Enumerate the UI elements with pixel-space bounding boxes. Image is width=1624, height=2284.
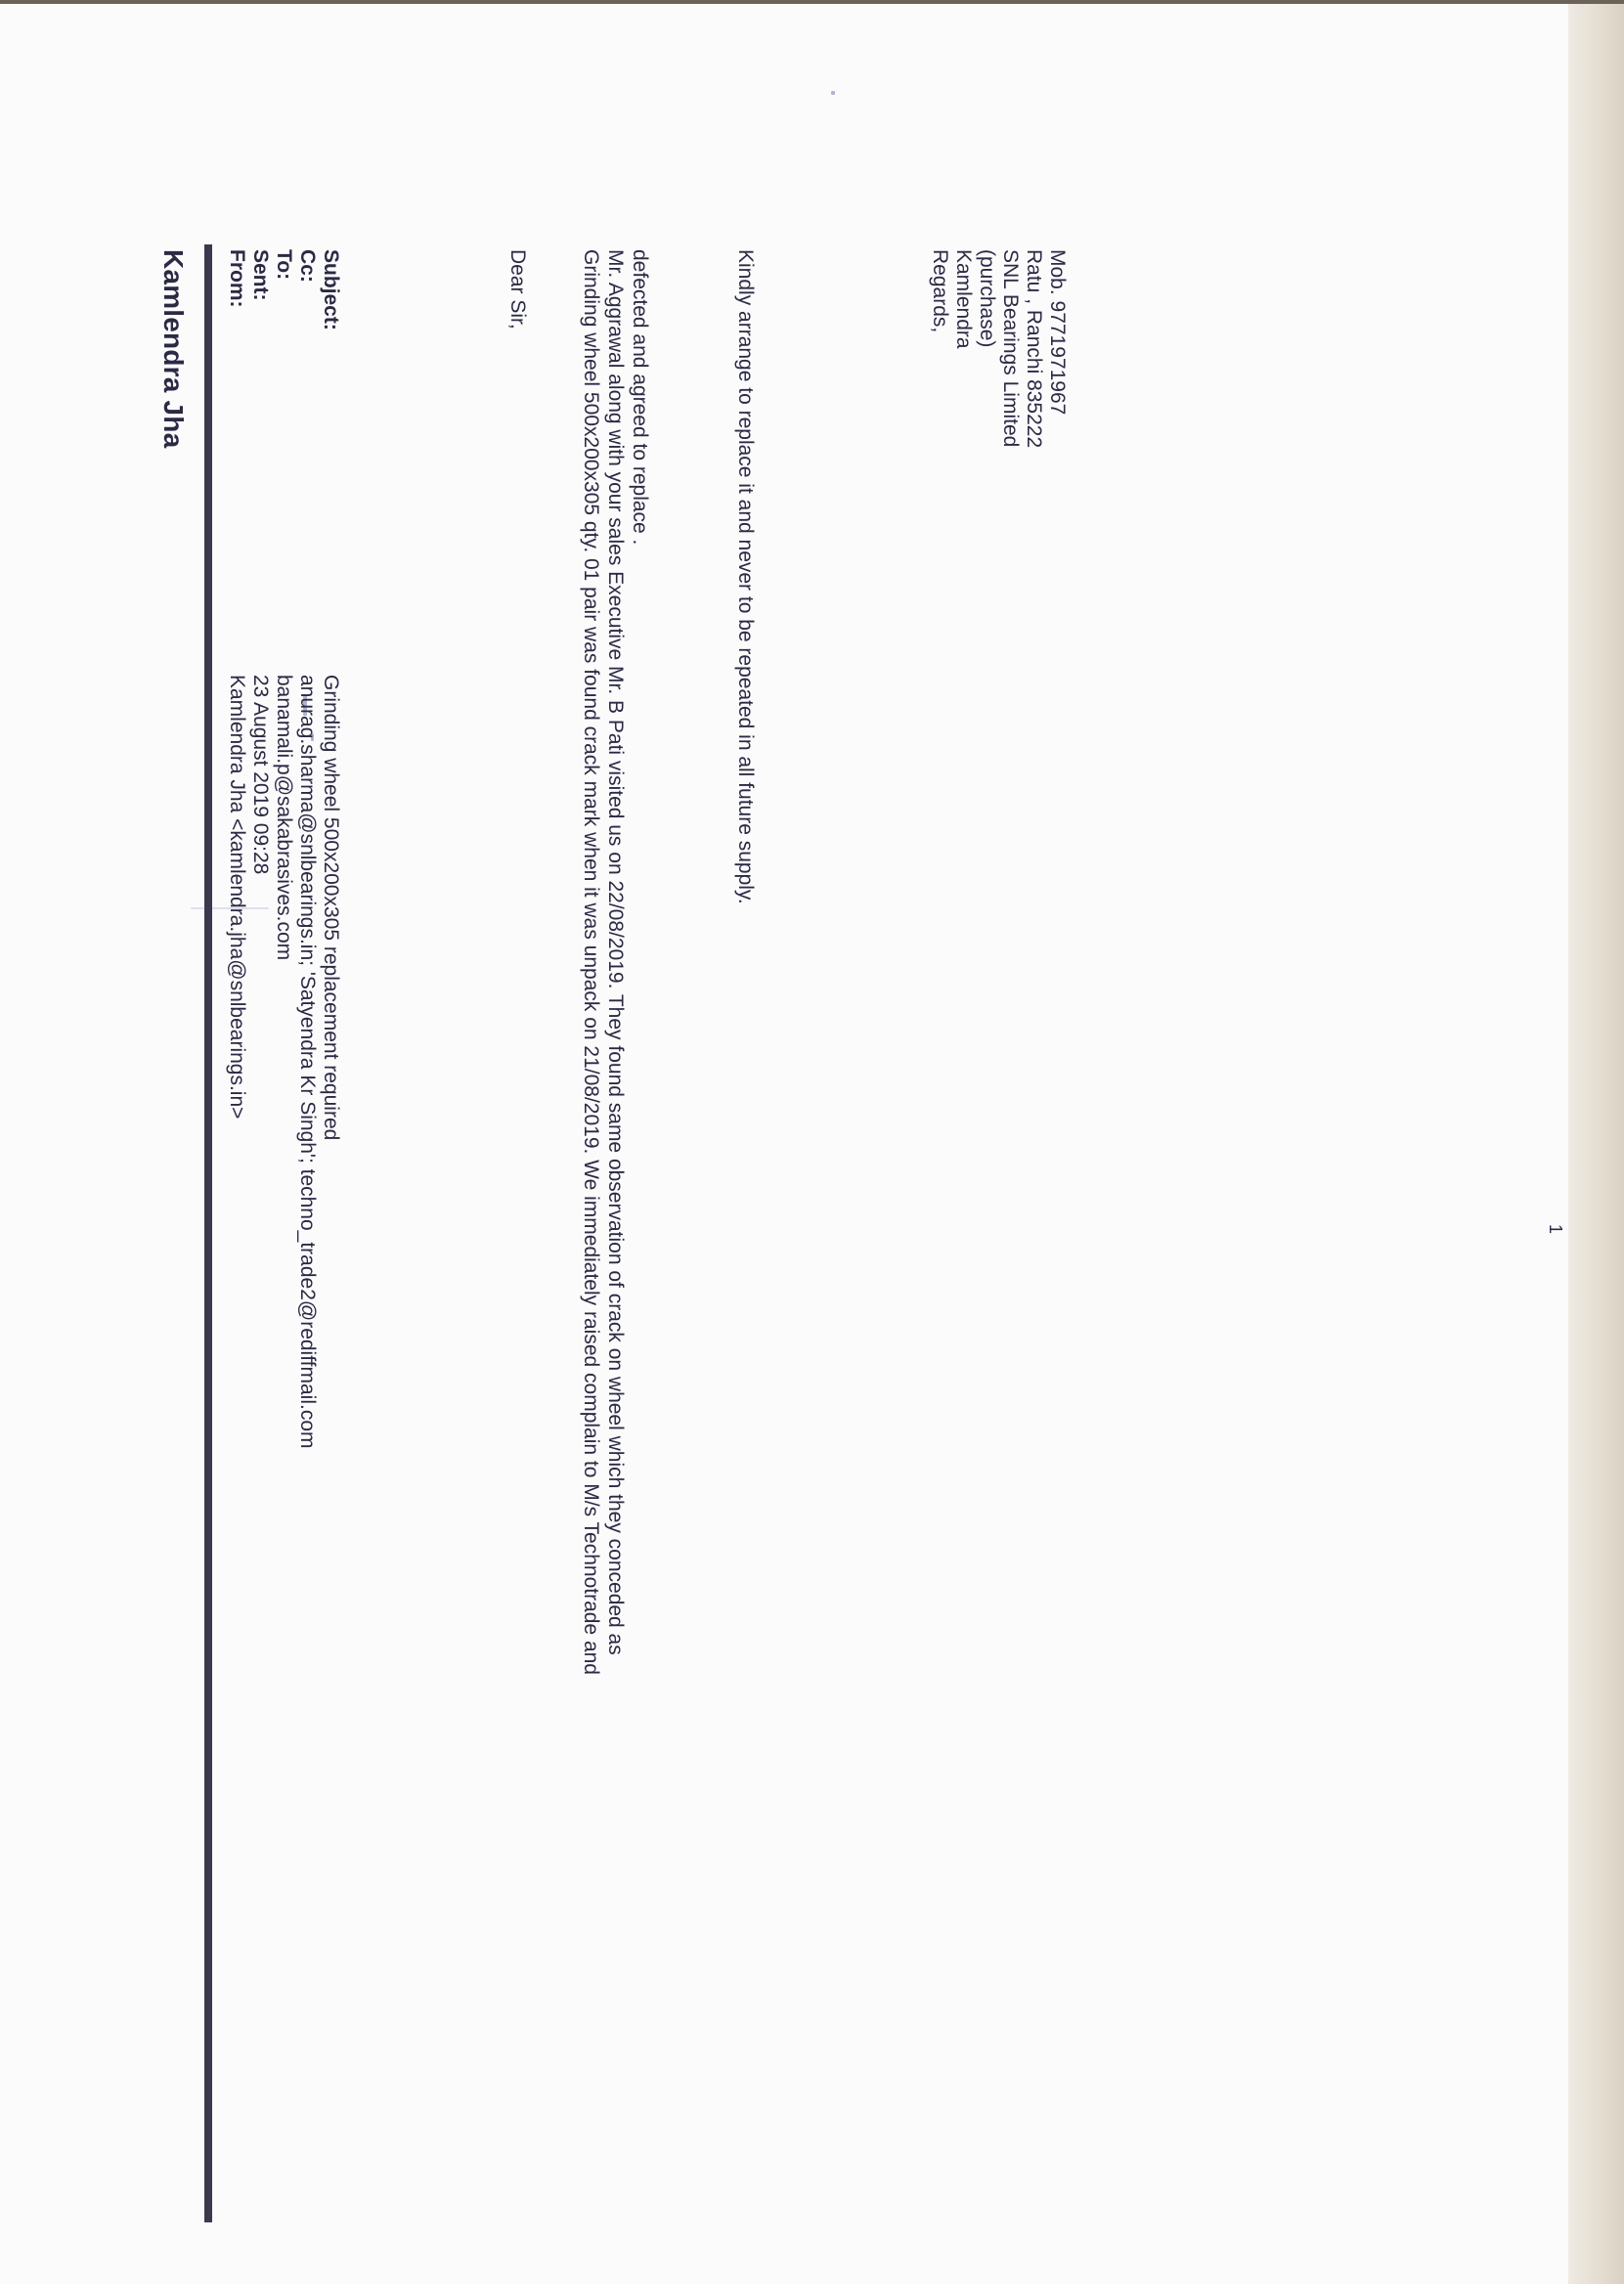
header-label-sent: Sent: <box>248 249 272 301</box>
body-line: Mr. Aggrawal along with your sales Execu… <box>603 249 627 1655</box>
body-paragraph-2: Kindly arrange to replace it and never t… <box>733 249 757 904</box>
header-value-cc: anurag.sharma@snlbearings.in; 'Satyendra… <box>295 675 319 1449</box>
signature-line: Regards, <box>928 249 951 332</box>
header-value-sent: 23 August 2019 09:28 <box>248 675 272 874</box>
body-line: defected and agreed to replace . <box>628 249 651 545</box>
page-number: 1 <box>1545 1224 1565 1234</box>
salutation: Dear Sir, <box>505 249 529 329</box>
header-value-from: Kamlendra Jha <kamlendra.jha@snlbearings… <box>225 675 248 1119</box>
signature-line: Kamlendra <box>951 249 975 349</box>
email-printout-page: Kamlendra Jha From: Kamlendra Jha <kamle… <box>0 0 1624 2284</box>
header-rule <box>204 244 212 2222</box>
header-label-to: To: <box>272 249 295 280</box>
signature-line: (purchase) <box>975 249 998 347</box>
signature-line: Ratu , Ranchi 835222 <box>1022 249 1045 448</box>
header-value-subject: Grinding wheel 500x200x305 replacement r… <box>319 675 342 1140</box>
signature-line: Mob. 9771971967 <box>1045 249 1069 415</box>
header-value-to: banamali.p@sakabrasives.com <box>272 675 295 960</box>
sender-name-heading: Kamlendra Jha <box>157 249 189 448</box>
header-label-cc: Cc: <box>295 249 319 283</box>
header-label-from: From: <box>225 249 248 308</box>
body-line: Grinding wheel 500x200x305 qty. 01 pair … <box>579 249 602 1675</box>
signature-line: SNL Bearings Limited <box>998 249 1022 447</box>
header-label-subject: Subject: <box>319 249 342 330</box>
